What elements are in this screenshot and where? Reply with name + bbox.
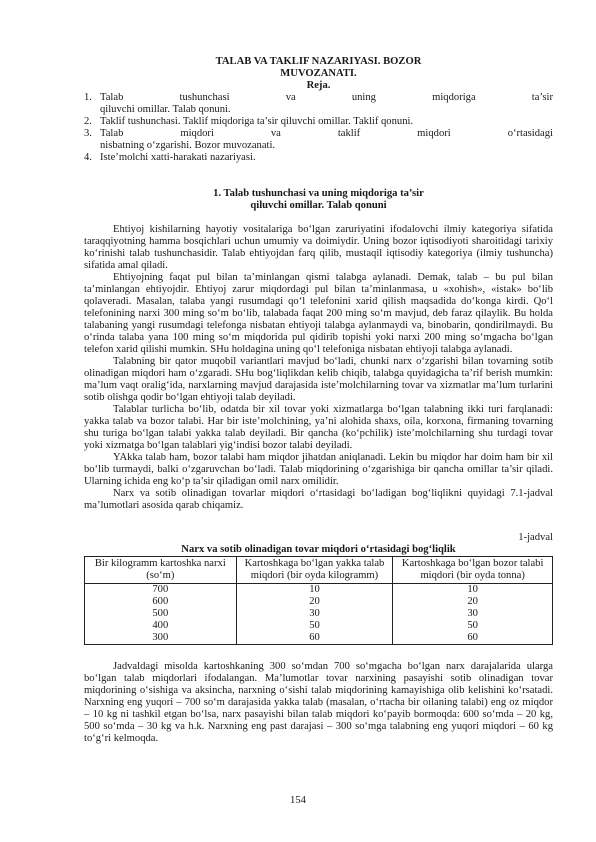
table-caption: Narx va sotib olinadigan tovar miqdori o… xyxy=(84,544,553,556)
plan-item-continuation: qiluvchi omillar. Talab qonuni. xyxy=(100,104,231,115)
plan-item-text: Talab tushunchasi va uning miqdoriga ta’… xyxy=(100,92,553,104)
plan-item-continuation: nisbatning o‘zgarishi. Bozor muvozanati. xyxy=(100,140,275,151)
plan-item: 3. Talab miqdori va taklif miqdori o‘rta… xyxy=(84,128,553,152)
body-paragraph: Narx va sotib olinadigan tovarlar miqdor… xyxy=(84,488,553,512)
table-cell: 60 xyxy=(236,632,393,645)
table-cell: 60 xyxy=(393,632,553,645)
column-header-price: Bir kilogramm kartoshka narxi (so‘m) xyxy=(85,557,237,584)
table-cell: 500 xyxy=(85,608,237,620)
table-cell: 10 xyxy=(393,584,553,597)
plan-item-text: Talab miqdori va taklif miqdori o‘rtasid… xyxy=(100,128,553,140)
table-cell: 600 xyxy=(85,596,237,608)
table-cell: 400 xyxy=(85,620,237,632)
plan-item-text: Iste’molchi xatti-harakati nazariyasi. xyxy=(100,152,256,163)
body-paragraph: Jadvaldagi misolda kartoshkaning 300 so‘… xyxy=(84,661,553,745)
column-header-market-demand: Kartoshkaga bo‘lgan bozor talabi miqdori… xyxy=(393,557,553,584)
document-page: TALAB VA TAKLIF NAZARIYASI. BOZOR MUVOZA… xyxy=(84,56,553,745)
table-row: 6002020 xyxy=(85,596,553,608)
section-title-line-2: qiluvchi omillar. Talab qonuni xyxy=(84,200,553,212)
table-cell: 30 xyxy=(236,608,393,620)
body-paragraph: Ehtiyoj kishilarning hayotiy vositalarig… xyxy=(84,224,553,272)
table-row: 5003030 xyxy=(85,608,553,620)
plan-item-number: 3. xyxy=(84,128,92,140)
table-body: 70010106002020500303040050503006060 xyxy=(85,584,553,645)
title-line-1: TALAB VA TAKLIF NAZARIYASI. BOZOR xyxy=(84,56,553,68)
table-row: 3006060 xyxy=(85,632,553,645)
page-number: 154 xyxy=(0,795,596,806)
price-demand-table: Bir kilogramm kartoshka narxi (so‘m) Kar… xyxy=(84,556,553,645)
spacer xyxy=(84,212,553,224)
plan-heading: Reja. xyxy=(84,80,553,92)
table-label: 1-jadval xyxy=(84,532,553,544)
table-cell: 30 xyxy=(393,608,553,620)
table-cell: 10 xyxy=(236,584,393,597)
table-cell: 20 xyxy=(393,596,553,608)
section-title-line-1: 1. Talab tushunchasi va uning miqdoriga … xyxy=(84,188,553,200)
title-line-2: MUVOZANATI. xyxy=(84,68,553,80)
body-paragraph: Talablar turlicha bo‘lib, odatda bir xil… xyxy=(84,404,553,452)
table-cell: 300 xyxy=(85,632,237,645)
body-paragraph: YAkka talab ham, bozor talabi ham miqdor… xyxy=(84,452,553,488)
plan-item: 2. Taklif tushunchasi. Taklif miqdoriga … xyxy=(84,116,553,128)
table-cell: 20 xyxy=(236,596,393,608)
spacer xyxy=(84,645,553,661)
plan-item: 1. Talab tushunchasi va uning miqdoriga … xyxy=(84,92,553,116)
table-header-row: Bir kilogramm kartoshka narxi (so‘m) Kar… xyxy=(85,557,553,584)
plan-item-text: Taklif tushunchasi. Taklif miqdoriga ta’… xyxy=(100,116,413,127)
plan-item: 4. Iste’molchi xatti-harakati nazariyasi… xyxy=(84,152,553,164)
table-row: 4005050 xyxy=(85,620,553,632)
section-title: 1. Talab tushunchasi va uning miqdoriga … xyxy=(84,188,553,212)
body-paragraph: Ehtiyojning faqat pul bilan ta’minlangan… xyxy=(84,272,553,356)
plan-list: 1. Talab tushunchasi va uning miqdoriga … xyxy=(84,92,553,164)
plan-item-number: 4. xyxy=(84,152,92,164)
document-title: TALAB VA TAKLIF NAZARIYASI. BOZOR MUVOZA… xyxy=(84,56,553,92)
plan-item-number: 2. xyxy=(84,116,92,128)
body-paragraph: Talabning bir qator muqobil variantlari … xyxy=(84,356,553,404)
table-cell: 700 xyxy=(85,584,237,597)
table-cell: 50 xyxy=(236,620,393,632)
table-cell: 50 xyxy=(393,620,553,632)
table-row: 7001010 xyxy=(85,584,553,597)
plan-item-number: 1. xyxy=(84,92,92,104)
column-header-individual-demand: Kartoshkaga bo‘lgan yakka talab miqdori … xyxy=(236,557,393,584)
